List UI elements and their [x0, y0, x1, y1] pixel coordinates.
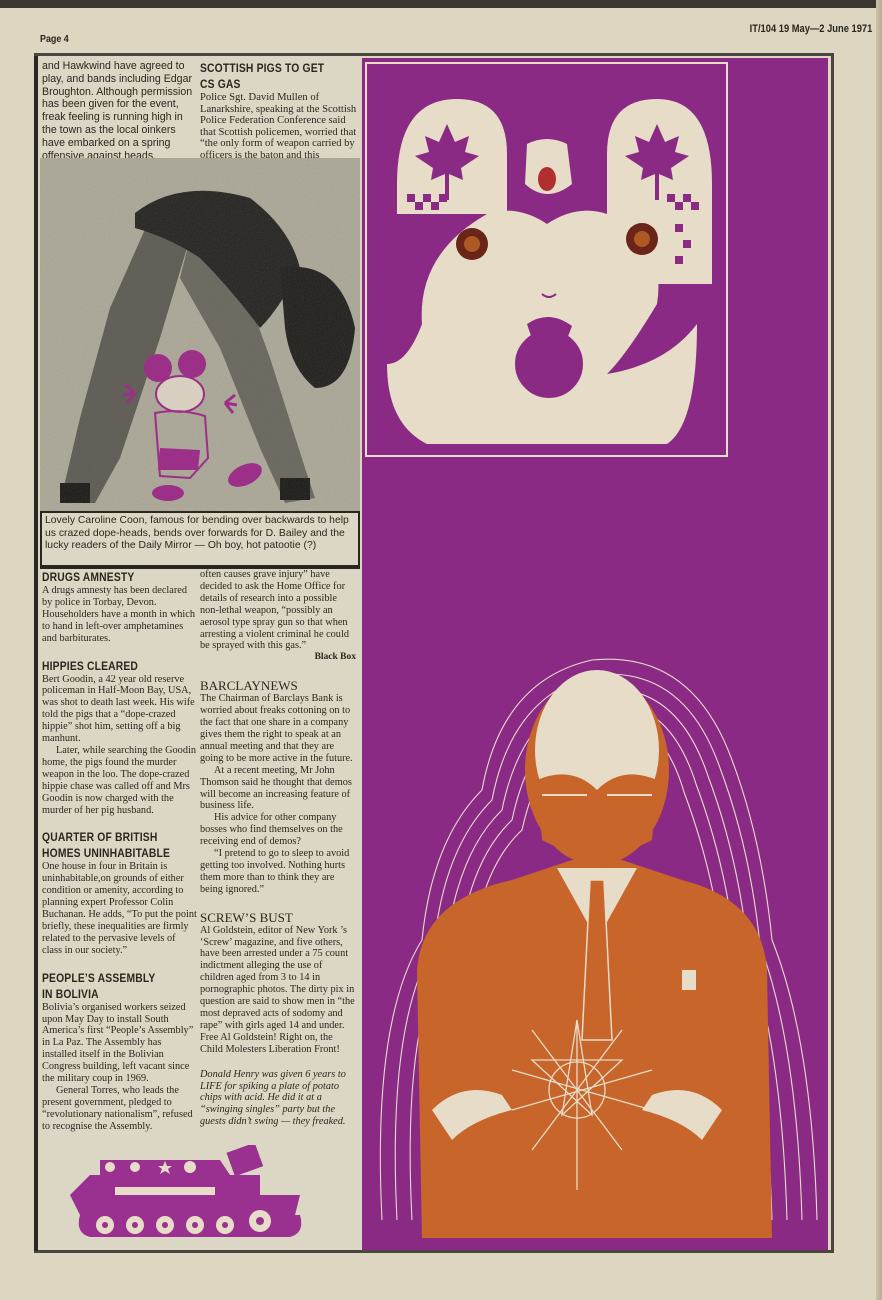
- article-headline: QUARTER OF BRITISH: [42, 829, 176, 845]
- article-headline: HIPPIES CLEARED: [42, 658, 176, 674]
- article-barclaynews: BARCLAYNEWS The Chairman of Barclays Ban…: [200, 679, 358, 895]
- article-screws-bust: SCREW’S BUST Al Goldstein, editor of New…: [200, 911, 358, 1056]
- article-text: His advice for other company bosses who …: [200, 812, 358, 848]
- article-headline: BARCLAYNEWS: [200, 679, 358, 693]
- article-headline-line2: HOMES UNINHABITABLE: [42, 845, 176, 861]
- article-text: General Torres, who leads the present go…: [42, 1085, 198, 1133]
- article-headline-line2: IN BOLIVIA: [42, 986, 176, 1002]
- article-headline: SCREW’S BUST: [200, 911, 358, 925]
- article-text: A drugs amnesty has been declared by pol…: [42, 585, 198, 645]
- article-text: Free Al Goldstein! Right on, the Child M…: [200, 1032, 358, 1056]
- page-top-edge: [0, 0, 882, 8]
- page-right-edge: [876, 0, 882, 1300]
- article-bolivia: PEOPLE’S ASSEMBLY IN BOLIVIA Bolivia’s o…: [42, 970, 198, 1133]
- article-text: and Hawkwind have agreed to play, and ba…: [42, 60, 200, 162]
- right-column-articles: often causes grave injury” have decided …: [200, 569, 358, 1128]
- article-headline: PEOPLE’S ASSEMBLY: [42, 970, 176, 986]
- article-text: The Chairman of Barclays Bank is worried…: [200, 693, 358, 764]
- article-text: At a recent meeting, Mr John Thomson sai…: [200, 765, 358, 813]
- article-hippies-cleared: HIPPIES CLEARED Bert Goodin, a 42 year o…: [42, 658, 198, 817]
- page-number: Page 4: [40, 33, 69, 45]
- illustration-bottom: [362, 640, 828, 1250]
- hawkwind-continued: and Hawkwind have agreed to play, and ba…: [42, 60, 200, 162]
- figure-illustration: [367, 64, 726, 455]
- man-with-star-illustration: [362, 640, 828, 1250]
- article-text: “I pretend to go to sleep to avoid getti…: [200, 848, 358, 896]
- article-text: Later, while searching the Goodin home, …: [42, 745, 198, 816]
- article-text-continued: often causes grave injury” have decided …: [200, 569, 358, 652]
- tank-illustration: [60, 1145, 320, 1240]
- photo-caption: Lovely Caroline Coon, famous for bending…: [40, 513, 360, 567]
- tank-icon: [60, 1145, 320, 1240]
- article-headline: DRUGS AMNESTY: [42, 569, 176, 585]
- frame-left-rule: [34, 56, 38, 1251]
- article-british-homes: QUARTER OF BRITISH HOMES UNINHABITABLE O…: [42, 829, 198, 956]
- article-text: Al Goldstein, editor of New York ’s ‘Scr…: [200, 925, 358, 1032]
- article-headline-line2: CS GAS: [200, 76, 338, 92]
- article-text: Bert Goodin, a 42 year old reserve polic…: [42, 674, 198, 745]
- article-text: Donald Henry was given 6 years to LIFE f…: [200, 1069, 358, 1129]
- article-donald-henry: Donald Henry was given 6 years to LIFE f…: [200, 1069, 358, 1129]
- article-headline: SCOTTISH PIGS TO GET: [200, 60, 338, 76]
- article-text: One house in four in Britain is uninhabi…: [42, 861, 198, 956]
- article-text: Bolivia’s organised workers seized upon …: [42, 1002, 198, 1085]
- article-drugs-amnesty: DRUGS AMNESTY A drugs amnesty has been d…: [42, 569, 198, 645]
- illustration-top: [365, 62, 728, 457]
- article-scottish-pigs: SCOTTISH PIGS TO GET CS GAS Police Sgt. …: [200, 60, 360, 161]
- photo-image: [40, 158, 360, 511]
- article-text: Police Sgt. David Mullen of Lanarkshire,…: [200, 92, 360, 161]
- left-column-articles: DRUGS AMNESTY A drugs amnesty has been d…: [42, 569, 198, 1133]
- article-source: Black Box: [200, 652, 358, 664]
- photo-caroline-coon: [40, 158, 360, 513]
- issue-date: IT/104 19 May—2 June 1971: [749, 23, 872, 35]
